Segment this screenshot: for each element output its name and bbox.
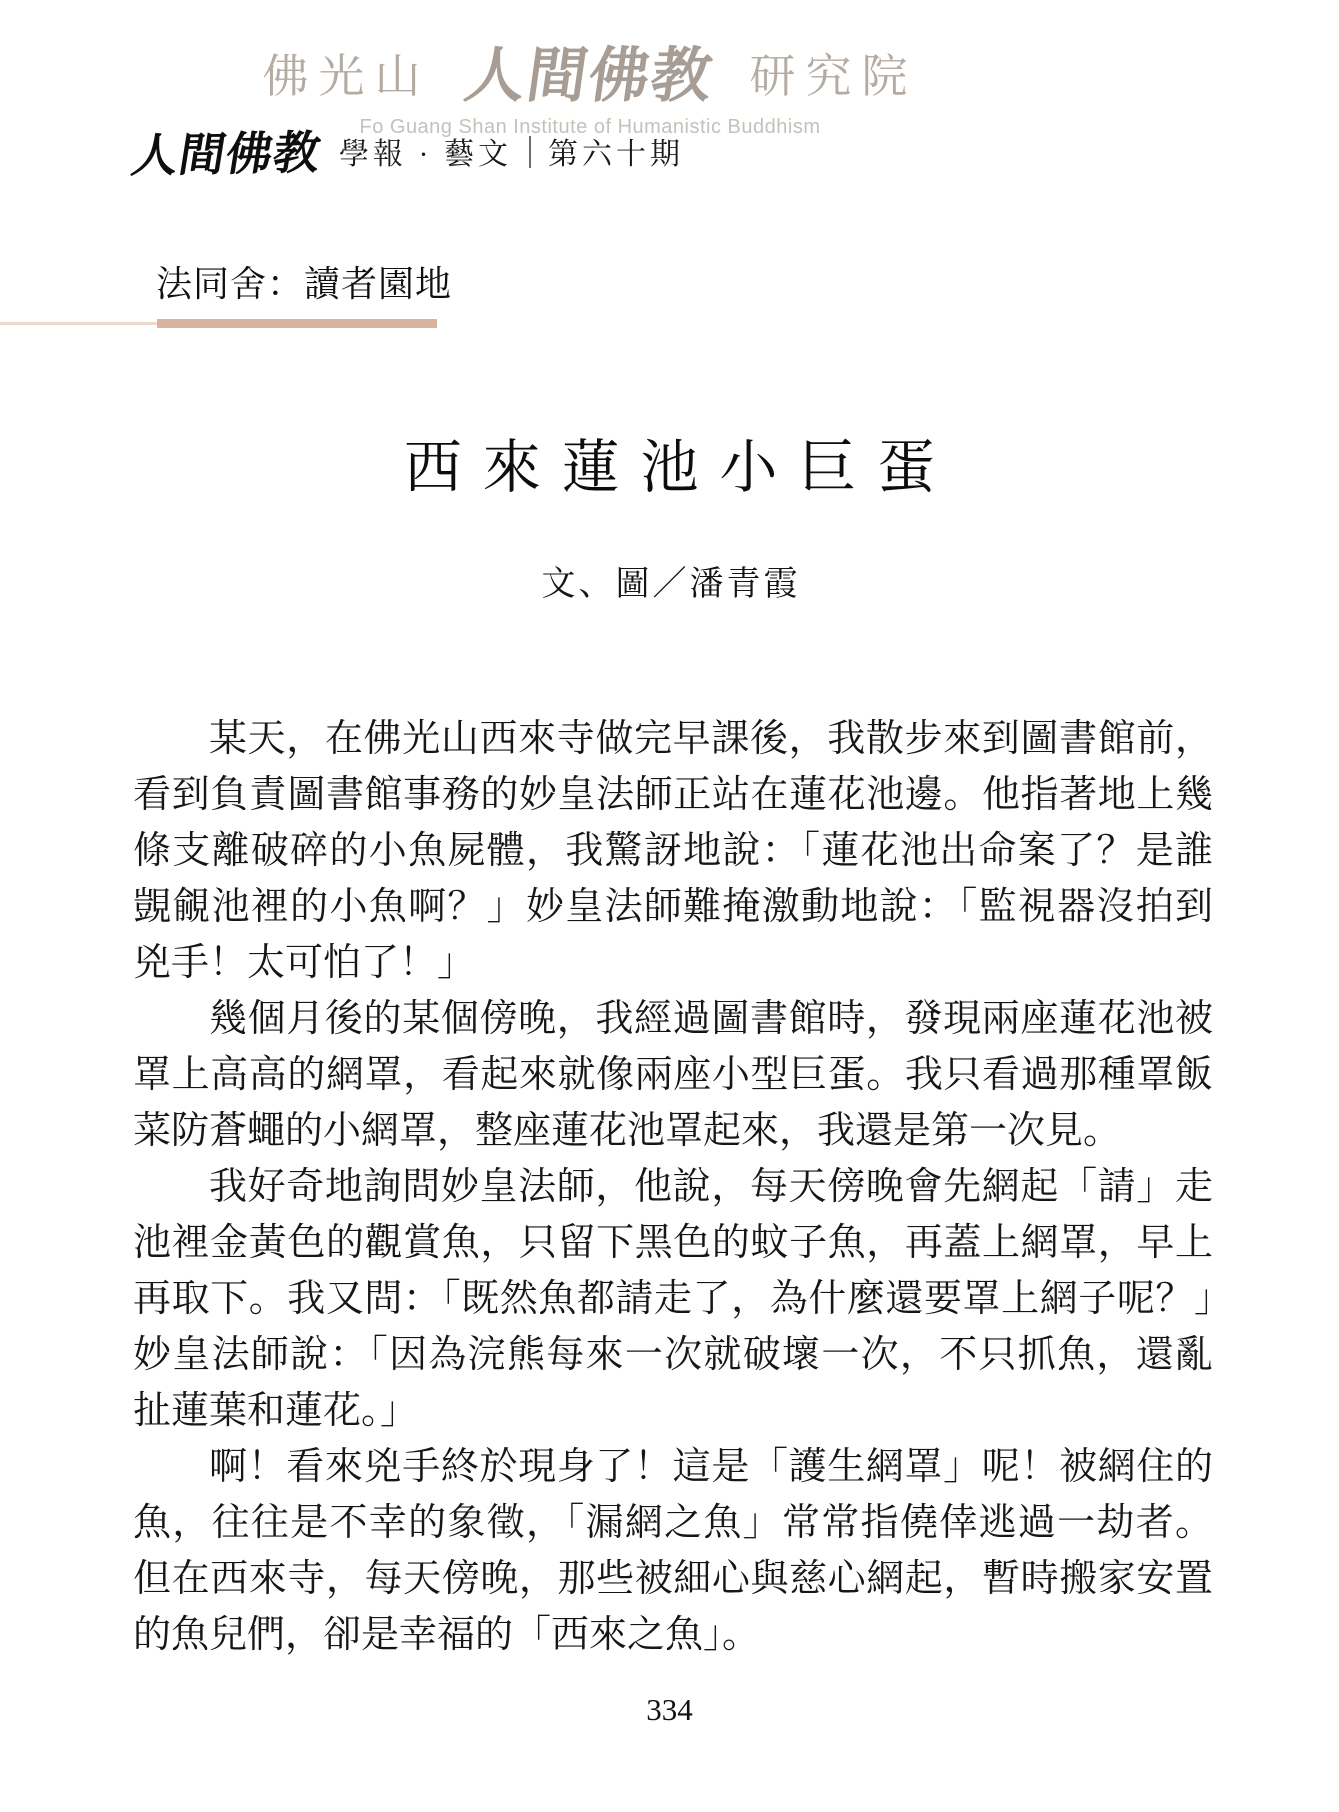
journal-page: 佛光山 人間佛教 研究院 Fo Guang Shan Institute of … <box>0 0 1339 1812</box>
section-rule-thin <box>0 322 157 325</box>
institute-logo-suffix: 研究院 <box>750 51 918 102</box>
article-body: 某天，在佛光山西來寺做完早課後，我散步來到圖書館前，看到負責圖書館事務的妙皇法師… <box>133 711 1213 1663</box>
journal-issue: 第六十期 <box>548 129 684 173</box>
paragraph-2: 幾個月後的某個傍晚，我經過圖書館時，發現兩座蓮花池被罩上高高的網罩，看起來就像兩… <box>133 991 1213 1159</box>
article-title: 西來蓮池小巨蛋 <box>0 420 1339 504</box>
section-label: 法同舍：讀者園地 <box>156 256 452 307</box>
page-number: 334 <box>0 1692 1339 1728</box>
journal-title: 學報 · 藝文 <box>339 129 512 173</box>
paragraph-3: 我好奇地詢問妙皇法師，他說，每天傍晚會先網起「請」走池裡金黃色的觀賞魚，只留下黑… <box>133 1159 1213 1439</box>
issue-divider: ｜ <box>514 128 546 174</box>
journal-brand-calligraphy: 人間佛教 <box>127 116 326 185</box>
institute-logo: 佛光山 人間佛教 研究院 <box>0 28 1180 114</box>
paragraph-4: 啊！看來兇手終於現身了！這是「護生網罩」呢！被網住的魚，往往是不幸的象徵，「漏網… <box>133 1439 1213 1663</box>
institute-logo-prefix: 佛光山 <box>263 51 431 102</box>
institute-logo-brand-calligraphy: 人間佛教 <box>460 28 720 114</box>
paragraph-1: 某天，在佛光山西來寺做完早課後，我散步來到圖書館前，看到負責圖書館事務的妙皇法師… <box>133 711 1213 991</box>
article-byline: 文、圖／潘青霞 <box>0 556 1339 605</box>
journal-masthead-line: 人間佛教 學報 · 藝文 ｜ 第六十期 <box>133 118 684 184</box>
section-rule-accent <box>157 319 437 328</box>
